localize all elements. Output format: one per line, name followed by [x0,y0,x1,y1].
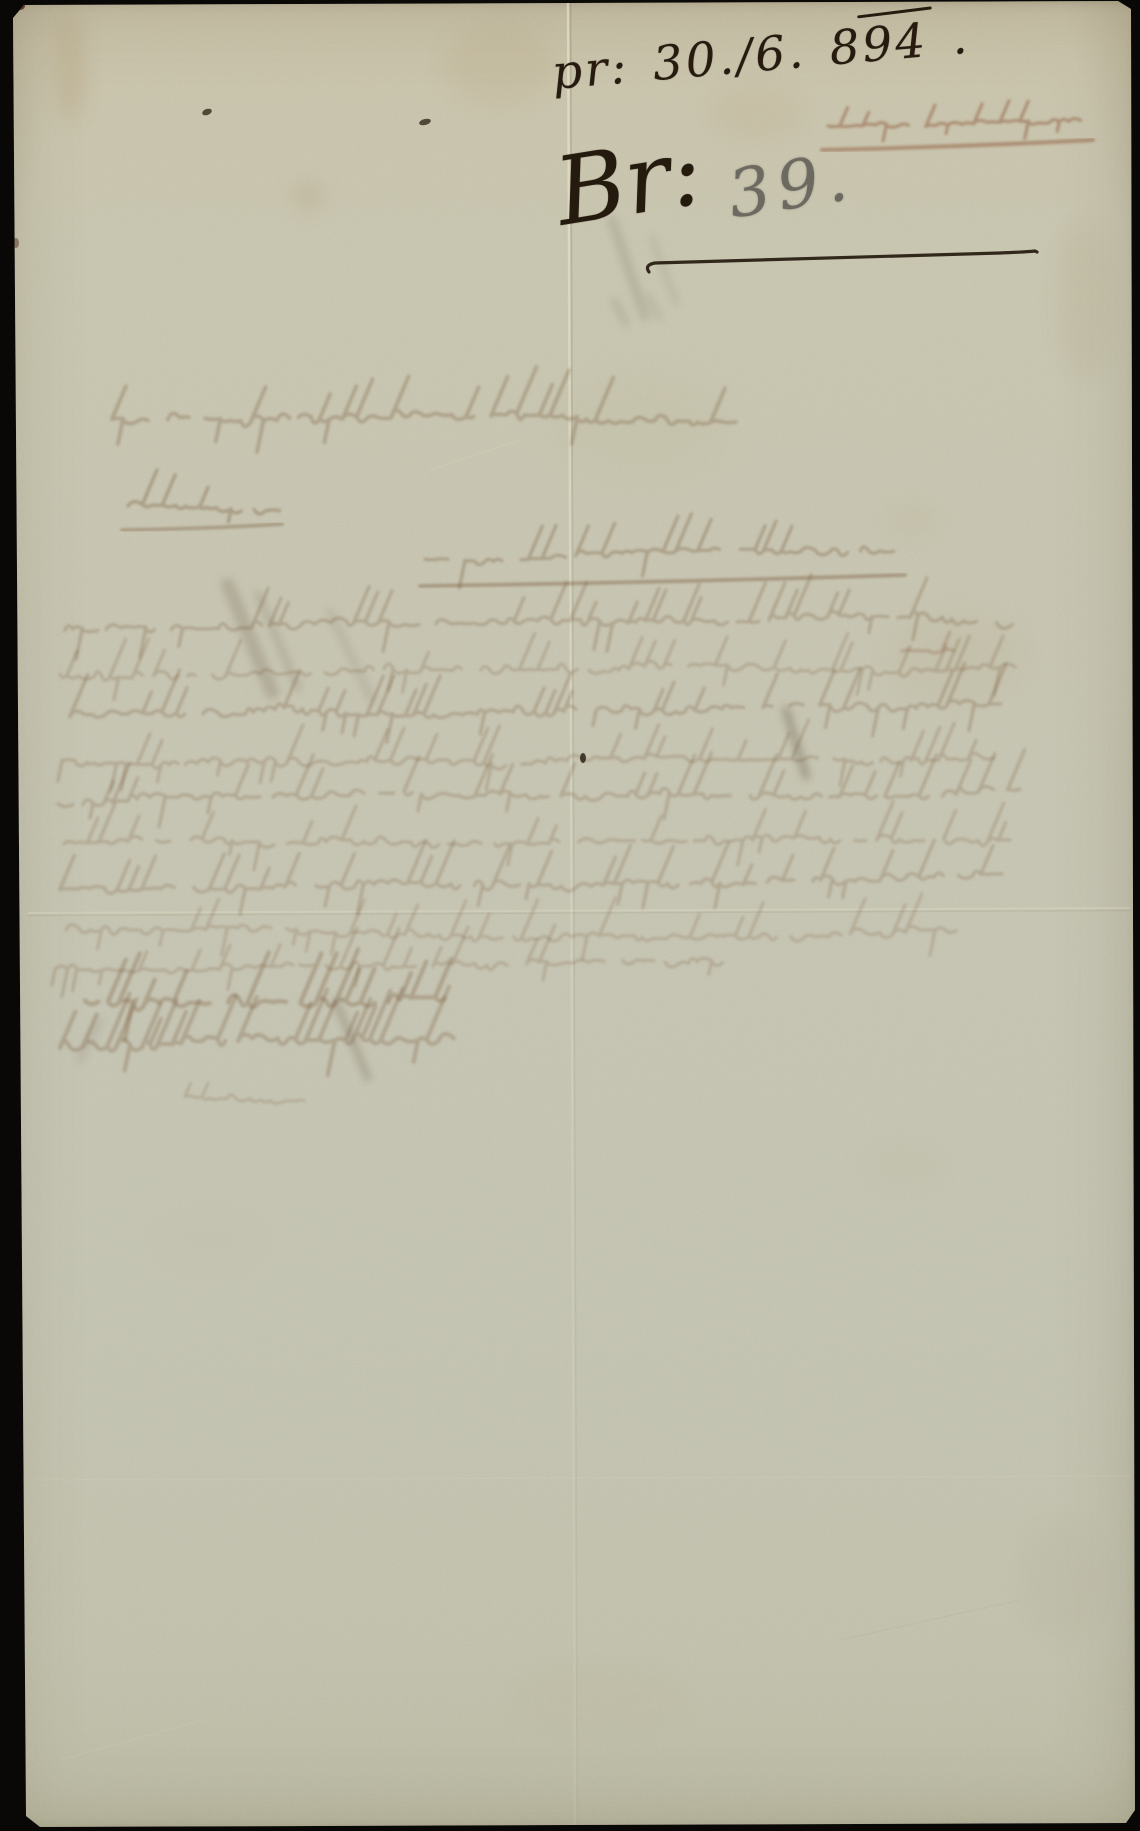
doc-number-label: Br: [548,117,709,247]
received-date-overlined-digits: 94 [860,13,930,74]
ink-speck [15,2,25,10]
paper-texture-and-bleedthrough-art [0,0,1140,1831]
ink-speck [580,753,586,763]
received-date-note-period: . [926,10,973,68]
ink-speck [7,76,13,92]
paper-stain [510,1660,690,1740]
scan-background: pr: 30./6. 894 . Br: 39. [0,0,1140,1831]
doc-number-value-pencil: 39. [723,138,859,234]
document-number: Br: 39. [556,128,855,237]
paper-stain [882,498,942,542]
paper-stain [292,184,324,208]
document-page: pr: 30./6. 894 . Br: 39. [0,0,1140,1831]
paper-stain [1057,225,1113,375]
paper-stain [445,25,555,105]
paper-stain [58,10,82,120]
paper-stain [860,1135,950,1195]
ink-speck [13,238,19,248]
paper-stain [150,1205,270,1275]
paper-stain [1020,1520,1100,1640]
